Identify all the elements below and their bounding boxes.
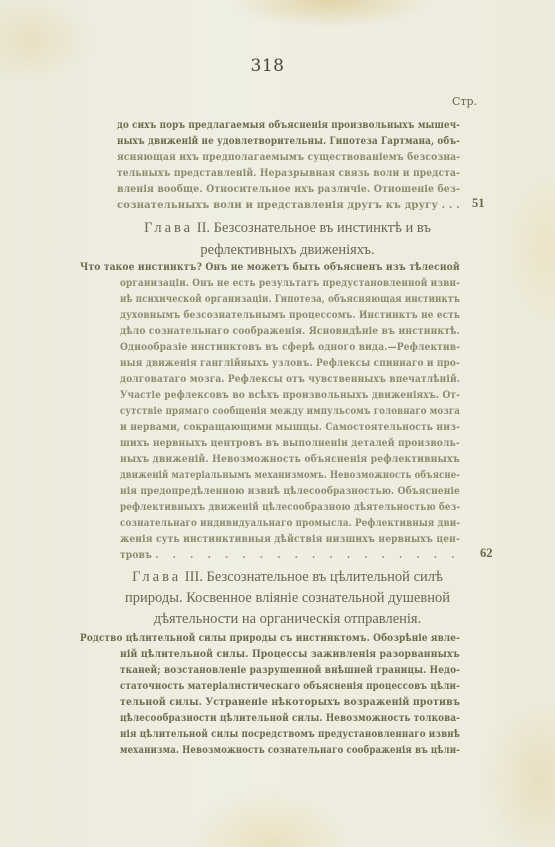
toc-line: тровъ <box>120 549 152 561</box>
toc-line: долговатаго мозга. Рефлексы отъ чувствен… <box>120 371 460 387</box>
chapter-numeral: III. <box>185 569 203 585</box>
book-page: 318 Стр. до сихъ поръ предлагаемыя объяс… <box>0 0 555 847</box>
toc-line: Участіе рефлексовъ во всѣхъ произвольных… <box>120 387 460 403</box>
toc-line: тельной силы. Устраненіе нѣкоторыхъ возр… <box>120 694 460 710</box>
toc-line: женія суть инстинктивныя дѣйствія низших… <box>120 531 460 547</box>
chapter-label: Глава <box>144 220 193 236</box>
page-column-label: Стр. <box>452 95 477 108</box>
toc-page-ref: 62 <box>480 546 493 561</box>
toc-line: Что такое инстинктъ? Онъ не можетъ быть … <box>80 259 460 275</box>
toc-line: шихъ нервныхъ центровъ въ выполненіи дет… <box>120 435 460 451</box>
toc-line: механизма. Невозможность сознательнаго с… <box>120 742 460 758</box>
toc-line: рефлективныхъ движеній цѣлесообразною дѣ… <box>120 499 460 515</box>
toc-line: тельныхъ представленій. Неразрывная связ… <box>117 165 460 181</box>
toc-line: ныхъ движеній. Невозможность объясненія … <box>120 451 460 467</box>
toc-line: статочность матеріалистическаго объяснен… <box>120 678 460 694</box>
chapter-label: Глава <box>132 569 181 585</box>
chapter-title-line: Безсознательное въ инстинктѣ и въ <box>214 220 431 236</box>
chapter-title-line: природы. Косвенное вліяніе сознательной … <box>115 588 460 608</box>
toc-line: организаціи. Онъ не есть результатъ пред… <box>120 275 460 291</box>
toc-line: ныя движенія ганглійныхъ узловъ. Рефлекс… <box>120 355 460 371</box>
toc-line: ній цѣлительной силы. Процессы заживлені… <box>120 646 460 662</box>
toc-line: ясняющая ихъ предполагаемымъ существован… <box>117 149 460 165</box>
chapter-title-line: дѣятельности на органическія отправленія… <box>115 609 460 629</box>
toc-line: сутствіе прямаго сообщенія между импульс… <box>120 403 460 419</box>
toc-line: цѣлесообразности цѣлительной силы. Невоз… <box>120 710 460 726</box>
toc-line: сознательныхъ воли и представленія другъ… <box>117 197 460 213</box>
page-number: 318 <box>0 56 535 76</box>
toc-line: Родство цѣлительной силы природы съ инст… <box>80 630 460 646</box>
toc-line: сознательнаго индивидуальнаго промысла. … <box>120 515 460 531</box>
toc-leader-dots: . . . . . . . . . . . . . . . . . . <box>155 549 460 561</box>
toc-line: движеній матеріальнымъ механизмомъ. Нево… <box>120 467 460 483</box>
toc-line: нія предопредѣленною извнѣ цѣлесообразно… <box>120 483 460 499</box>
chapter-title-line: Безсознательное въ цѣлительной силѣ <box>207 569 443 585</box>
toc-line: духовнымъ безсознательнымъ процессомъ. И… <box>120 307 460 323</box>
toc-line: Однообразіе инстинктовъ въ сферѣ одного … <box>120 339 460 355</box>
toc-page-ref: 51 <box>472 196 485 211</box>
toc-line: нѣ психической организаціи. Гипотеза, об… <box>120 291 460 307</box>
toc-line: до сихъ поръ предлагаемыя объясненія про… <box>117 117 460 133</box>
chapter-title-line: рефлективныхъ движеніяхъ. <box>115 240 460 260</box>
toc-line: и нервами, сокращающими мышцы. Самостоят… <box>120 419 460 435</box>
chapter-numeral: II. <box>197 220 210 236</box>
toc-line: ныхъ движеній не удовлетворительны. Гипо… <box>117 133 460 149</box>
toc-line: нія цѣлительной силы посредствомъ предус… <box>120 726 460 742</box>
toc-line: тканей; возстановленіе разрушенной внѣшн… <box>120 662 460 678</box>
toc-line: дѣло сознательнаго соображенія. Ясновидѣ… <box>120 323 460 339</box>
toc-line: вленія вообще. Относительное ихъ различі… <box>117 181 460 197</box>
